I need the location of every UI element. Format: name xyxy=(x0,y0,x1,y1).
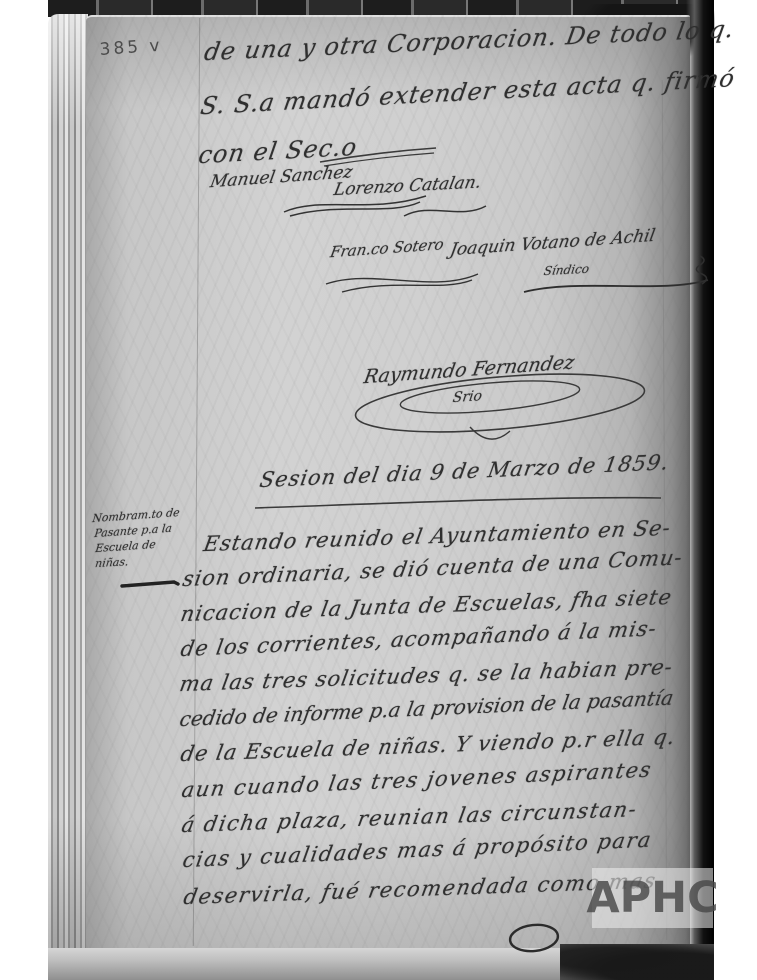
signature-flourish-4 xyxy=(520,250,715,300)
background-cloth xyxy=(560,944,714,980)
heading-underline xyxy=(253,494,663,512)
manuscript-scan: 385 v de una y otra Corporacion. De todo… xyxy=(0,0,757,980)
signature-rubric-ellipse xyxy=(350,355,650,455)
margin-note-dash xyxy=(120,578,180,590)
signature-flourish-3 xyxy=(322,266,482,296)
drawn-oval xyxy=(506,921,562,955)
margin-note-line-4: niñas. xyxy=(94,555,129,570)
watermark-label: APHC xyxy=(586,877,718,920)
signature-flourish-2 xyxy=(400,200,490,222)
archive-watermark: APHC xyxy=(592,868,713,928)
page-edge-stack xyxy=(48,14,88,958)
book-gutter-shadow xyxy=(686,0,714,980)
